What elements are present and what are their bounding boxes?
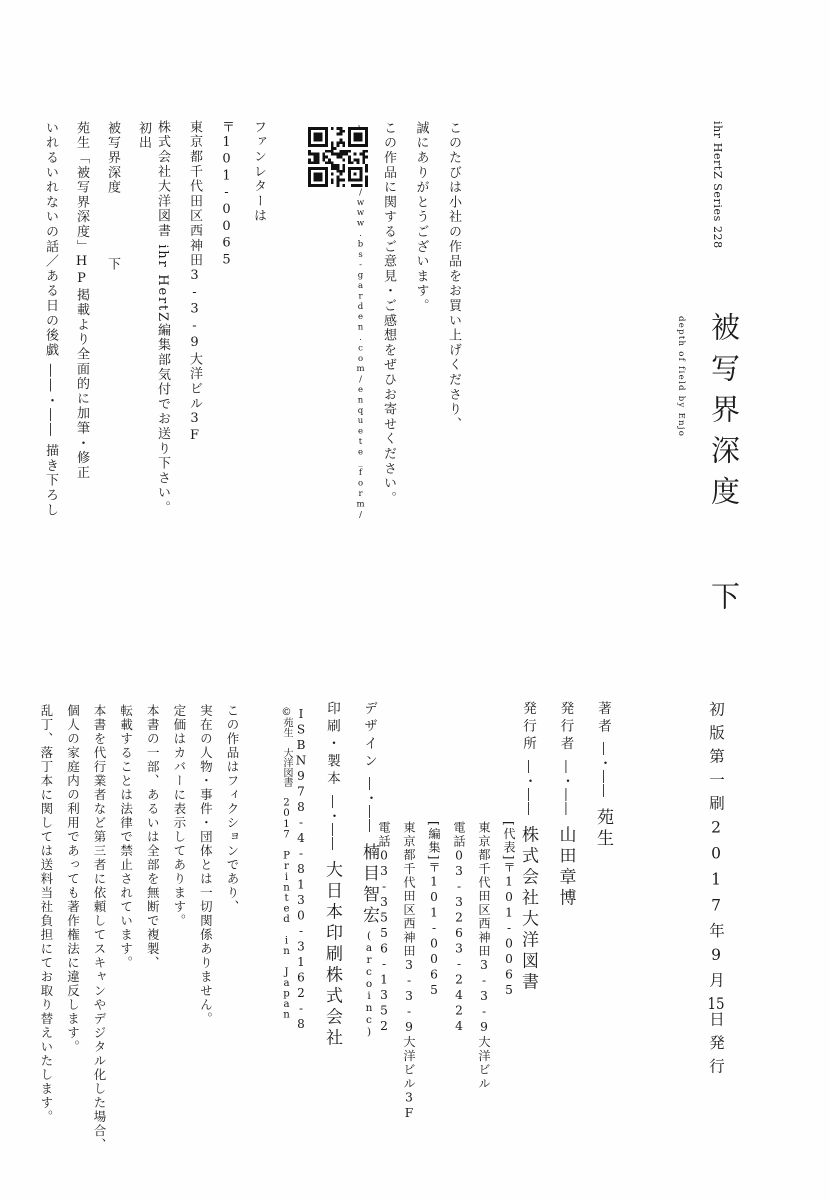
subtitle-latin: depth of field by Enjo xyxy=(676,316,686,437)
work-title: 被写界深度 xyxy=(105,121,120,195)
first-appearance-source: 苑生「被写界深度」HP掲載より全面的に加筆・修正 xyxy=(72,121,91,518)
designer-studio: (arcoinc) xyxy=(363,930,375,1038)
first-appearance: 初出 被写界深度下 苑生「被写界深度」HP掲載より全面的に加筆・修正 いれるいれ… xyxy=(29,121,153,518)
leader-dash: ―・―― xyxy=(325,795,340,851)
issuer-name: 山田章博 xyxy=(556,826,576,910)
publisher-credit: 発行所―・――株式会社大洋図書 xyxy=(516,701,541,994)
publisher-name: 株式会社大洋図書 xyxy=(518,826,538,994)
design-credit: デザイン―・――楠目智宏(arcoinc) xyxy=(357,701,382,1050)
publisher-contact: [代表]〒101-0065 東京都千代田区西神田3-3-9大洋ビル 電話03-3… xyxy=(368,701,518,1121)
book-title-text: 被写界深度下 xyxy=(704,312,745,622)
legal-line: 転載することは法律で禁止されています。 xyxy=(117,704,135,1152)
colophon-page: ihr HertZ Series 228 被写界深度下 depth of fie… xyxy=(0,0,830,1200)
work-volume: 下 xyxy=(105,257,120,272)
issuer-credit: 発行者―・――山田章博 xyxy=(554,701,579,994)
contact-address: 東京都千代田区西神田3-3-9大洋ビル xyxy=(476,701,493,1121)
edition-month: 9 xyxy=(707,946,725,972)
design-print-credits: デザイン―・――楠目智宏(arcoinc) 印刷・製本―・――大日本印刷株式会社 xyxy=(308,701,382,1050)
designer-name: 楠目智宏 xyxy=(359,843,379,927)
leader-dash: ―・―― xyxy=(362,777,377,833)
isbn-copyright: ISBN978-4-8130-3162-8 ©苑生 大洋図書 2017 Prin… xyxy=(273,707,308,1033)
edition-day: 15 xyxy=(707,996,725,1012)
leader-dash: ―・―― xyxy=(596,742,611,798)
contact-postal: [代表]〒101-0065 xyxy=(501,701,518,1121)
isbn: ISBN978-4-8130-3162-8 xyxy=(294,707,308,1033)
legal-line: 定価はカバーに表示してあります。 xyxy=(170,704,188,1152)
credits: 著者―・――苑生 発行者―・――山田章博 発行所―・――株式会社大洋図書 xyxy=(504,701,617,994)
edition-year: 2017 xyxy=(707,819,725,923)
subtitle-latin-text: depth of field by Enjo xyxy=(676,316,686,437)
edition-date: 初版第一刷2017年9月15日発行 xyxy=(705,701,727,1082)
fan-letter-info: ファンレターは 〒101-0065 東京都千代田区西神田3-3-9大洋ビル3F … xyxy=(140,120,268,515)
legal-line: 実在の人物・事件・団体とは一切関係ありません。 xyxy=(196,704,214,1152)
copyright: ©苑生 大洋図書 2017 Printed in Japan xyxy=(279,707,294,1033)
title-main: 被写界深度 xyxy=(707,312,741,517)
legal-notes: この作品はフィクションであり、 実在の人物・事件・団体とは一切関係ありません。 … xyxy=(28,704,241,1152)
fan-letter-address: 東京都千代田区西神田3-3-9大洋ビル3F xyxy=(185,120,204,515)
legal-line: この作品はフィクションであり、 xyxy=(223,704,241,1152)
fan-letter-postal: 〒101-0065 xyxy=(217,120,236,515)
contact-phone: 電話03-3263-2424 xyxy=(451,701,468,1121)
series-label: ihr HertZ Series 228 xyxy=(711,121,724,249)
title-volume: 下 xyxy=(707,581,741,622)
fan-letter-recipient: 株式会社大洋図書 ihr HertZ編集部気付でお送り下さい。 xyxy=(153,120,172,515)
first-appearance-extras: いれるいれないの話／ある日の後戯 ――・―― 描き下ろし xyxy=(41,121,60,518)
thanks-line: このたびは小社の作品をお買い上げくださり、 xyxy=(444,121,463,520)
legal-line: 本書の一部、あるいは全部を無断で複製、 xyxy=(143,704,161,1152)
leader-dash: ―・―― xyxy=(559,760,574,816)
book-title: 被写界深度下 xyxy=(704,312,745,622)
print-credit: 印刷・製本―・――大日本印刷株式会社 xyxy=(320,701,345,1050)
leader-dash: ―・―― xyxy=(521,760,536,816)
contact-address: 東京都千代田区西神田3-3-9大洋ビル3F xyxy=(401,701,418,1121)
author-credit: 著者―・――苑生 xyxy=(591,701,616,994)
first-appearance-work: 被写界深度下 xyxy=(103,121,122,518)
fan-letter-line: ファンレターは xyxy=(249,120,268,515)
series-text: ihr HertZ Series 228 xyxy=(711,121,724,249)
legal-line: 乱丁、落丁本に関しては送料当社負担にてお取り替えいたします。 xyxy=(37,704,55,1152)
legal-line: 本書を代行業者など第三者に依頼してスキャンやデジタル化した場合、 xyxy=(90,704,108,1152)
thanks-line: 誠にありがとうございます。 xyxy=(412,121,431,520)
contact-postal: [編集]〒101-0065 xyxy=(426,701,443,1121)
thanks-line: この作品に関するご意見・ご感想をぜひお寄せください。 xyxy=(379,121,398,520)
legal-line: 個人の家庭内の利用であっても著作権法に違反します。 xyxy=(63,704,81,1152)
first-appearance-heading: 初出 xyxy=(134,121,153,518)
printer-name: 大日本印刷株式会社 xyxy=(322,861,342,1050)
author-name: 苑生 xyxy=(593,808,613,850)
qr-code xyxy=(308,127,368,187)
edition-date-text: 初版第一刷2017年9月15日発行 xyxy=(705,701,727,1082)
